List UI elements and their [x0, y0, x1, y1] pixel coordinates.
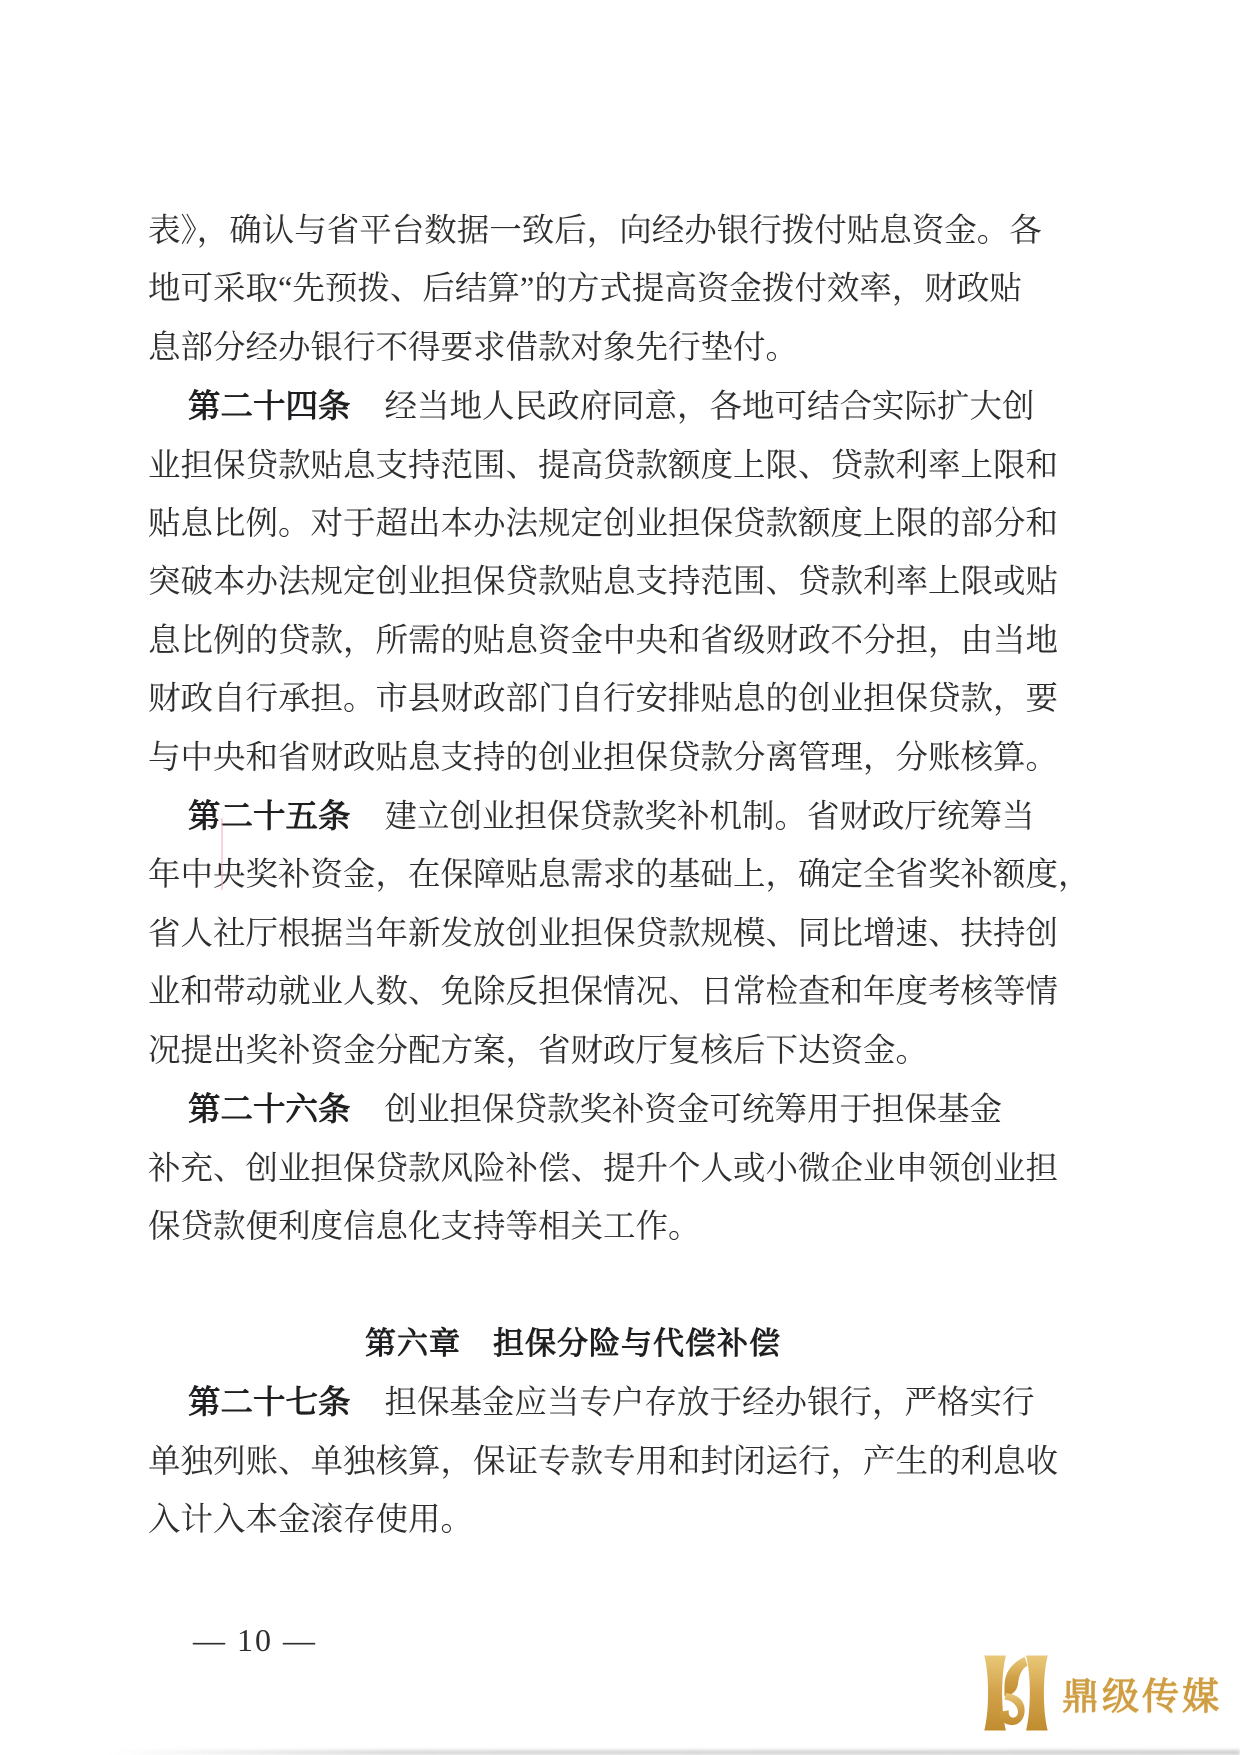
paragraph-text: 经当地人民政府同意，各地可结合实际扩大创 业担保贷款贴息支持范围、提高贷款额度上… — [148, 389, 1058, 775]
chapter-heading: 第六章 担保分险与代偿补偿 — [108, 1315, 1038, 1373]
scan-artifact-strip — [110, 1750, 1240, 1755]
paragraph-article-27: 第二十七条担保基金应当专户存放于经办银行，严格实行 单独列账、单独核算，保证专款… — [148, 1373, 1078, 1549]
publisher-logo-icon — [980, 1655, 1052, 1731]
article-number: 第二十六条 — [188, 1091, 351, 1127]
document-page: 表》，确认与省平台数据一致后，向经办银行拨付贴息资金。各 地可采取“先预拨、后结… — [0, 0, 1240, 1755]
page-number: — 10 — — [193, 1622, 317, 1659]
paragraph-text: 表》，确认与省平台数据一致后，向经办银行拨付贴息资金。各 地可采取“先预拨、后结… — [148, 213, 1042, 366]
paragraph-text: 建立创业担保贷款奖补机制。省财政厅统筹当 年中央奖补资金，在保障贴息需求的基础上… — [148, 799, 1091, 1069]
paragraph-continuation: 表》，确认与省平台数据一致后，向经办银行拨付贴息资金。各 地可采取“先预拨、后结… — [148, 202, 1078, 377]
article-number: 第二十七条 — [188, 1384, 351, 1420]
document-body: 表》，确认与省平台数据一致后，向经办银行拨付贴息资金。各 地可采取“先预拨、后结… — [148, 202, 1078, 1549]
article-number: 第二十四条 — [188, 388, 351, 424]
article-number: 第二十五条 — [188, 798, 351, 834]
paragraph-article-26: 第二十六条创业担保贷款奖补资金可统筹用于担保基金 补充、创业担保贷款风险补偿、提… — [148, 1080, 1078, 1256]
publisher-logo: 鼎级传媒 — [980, 1655, 1222, 1731]
paragraph-article-24: 第二十四条经当地人民政府同意，各地可结合实际扩大创 业担保贷款贴息支持范围、提高… — [148, 377, 1078, 787]
scan-artifact-line — [221, 818, 223, 890]
paragraph-article-25: 第二十五条建立创业担保贷款奖补机制。省财政厅统筹当 年中央奖补资金，在保障贴息需… — [148, 787, 1078, 1080]
publisher-logo-text: 鼎级传媒 — [1062, 1666, 1222, 1720]
